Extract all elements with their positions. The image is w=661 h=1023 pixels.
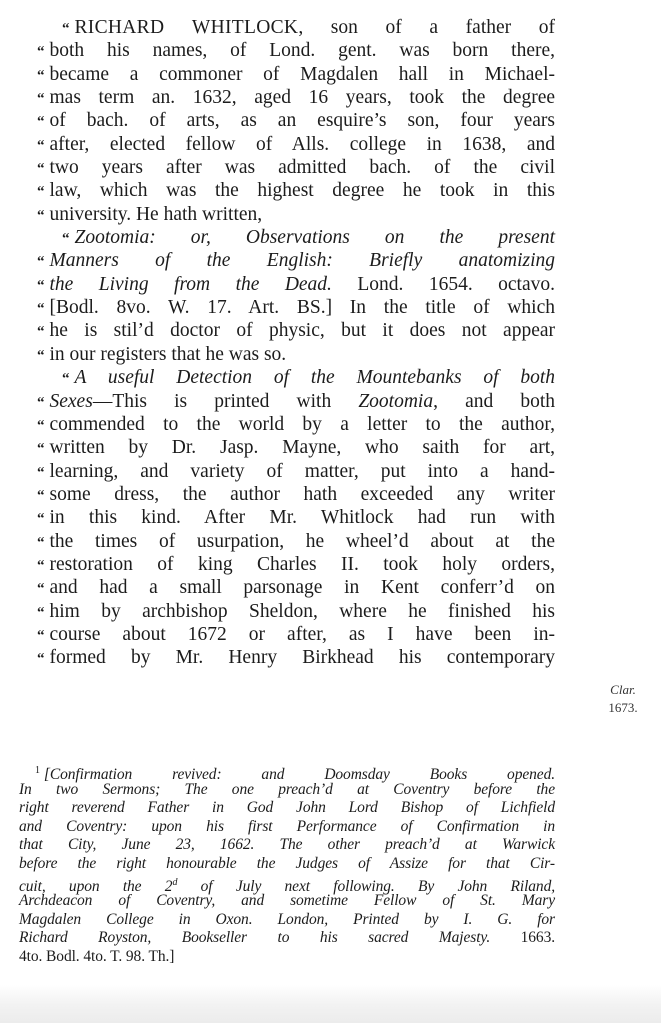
text-line: “commended to the world by a letter to t… — [37, 413, 555, 436]
text-span: university. He hath written, — [50, 204, 263, 225]
line-text: course about 1672 or after, as I have be… — [50, 623, 556, 646]
italic-text: A useful Detection of the Mountebanks of… — [75, 367, 556, 388]
text-span: in our registers that he was so. — [50, 344, 287, 365]
line-text: and had a small parsonage in Kent confer… — [50, 576, 556, 599]
footnote-marker: 1 — [35, 765, 40, 776]
line-text: in our registers that he was so. — [50, 343, 556, 366]
text-line: “and had a small parsonage in Kent confe… — [37, 576, 555, 599]
footnote-text: right reverend Father in God John Lord B… — [19, 799, 555, 816]
quote-mark: “ — [37, 205, 45, 228]
quote-mark: “ — [37, 111, 45, 134]
quote-mark: “ — [37, 648, 45, 671]
italic-text: Zootomia — [358, 391, 433, 412]
footnote-text: 4to. Bodl. 4to. T. 98. Th.] — [19, 948, 174, 965]
text-span: , and both — [433, 391, 555, 412]
italic-text: Manners of the English: Briefly anatomiz… — [50, 250, 556, 271]
text-span: some dress, the author hath exceeded any… — [50, 484, 556, 505]
text-line: “Manners of the English: Briefly anatomi… — [37, 249, 555, 272]
line-text: became a commoner of Magdalen hall in Mi… — [50, 63, 556, 86]
quote-mark: “ — [37, 415, 45, 438]
margin-note-year: 1673. — [598, 699, 648, 717]
text-span: and had a small parsonage in Kent confer… — [50, 577, 556, 598]
text-span: both his names, of Lond. gent. was born … — [50, 40, 556, 61]
line-text: him by archbishop Sheldon, where he fini… — [50, 600, 556, 623]
margin-note: Clar. 1673. — [598, 681, 648, 717]
quote-mark: “ — [37, 345, 45, 368]
italic-text: the Living from the Dead. — [50, 274, 332, 295]
text-line: “the times of usurpation, he wheel’d abo… — [37, 530, 555, 553]
text-span: became a commoner of Magdalen hall in Mi… — [50, 64, 556, 85]
quote-mark: “ — [37, 485, 45, 508]
text-line: “law, which was the highest degree he to… — [37, 179, 555, 202]
line-text: Zootomia: or, Observations on the presen… — [75, 226, 556, 249]
line-text: written by Dr. Jasp. Mayne, who saith fo… — [50, 436, 556, 459]
text-span: Lond. 1654. octavo. — [332, 274, 555, 295]
footnote-line: 4to. Bodl. 4to. T. 98. Th.] — [19, 948, 555, 967]
text-span: he is stil’d doctor of physic, but it do… — [50, 320, 556, 341]
quote-mark: “ — [37, 298, 45, 321]
text-span: [Bodl. 8vo. W. 17. Art. BS.] In the titl… — [50, 297, 556, 318]
footnote-text: Richard Royston, Bookseller to his sacre… — [19, 929, 490, 946]
line-text: Sexes—This is printed with Zootomia, and… — [50, 390, 556, 413]
text-line: “Sexes—This is printed with Zootomia, an… — [37, 390, 555, 413]
text-span: RICHARD WHITLOCK — [75, 17, 299, 38]
quote-mark: “ — [37, 275, 45, 298]
text-line: “some dress, the author hath exceeded an… — [37, 483, 555, 506]
footnote-line: right reverend Father in God John Lord B… — [19, 799, 555, 818]
text-span: in this kind. After Mr. Whitlock had run… — [50, 507, 556, 528]
footnote-text: and Coventry: upon his first Performance… — [19, 818, 555, 835]
footnote-block: 1[Confirmation revived: and Doomsday Boo… — [19, 762, 555, 967]
text-span: written by Dr. Jasp. Mayne, who saith fo… — [50, 437, 556, 458]
text-line: “university. He hath written, — [37, 203, 555, 226]
line-text: he is stil’d doctor of physic, but it do… — [50, 319, 556, 342]
line-text: law, which was the highest degree he too… — [50, 179, 556, 202]
text-span: learning, and variety of matter, put int… — [50, 461, 556, 482]
line-text: in this kind. After Mr. Whitlock had run… — [50, 506, 556, 529]
line-text: commended to the world by a letter to th… — [50, 413, 556, 436]
text-line: “[Bodl. 8vo. W. 17. Art. BS.] In the tit… — [37, 296, 555, 319]
text-line: “formed by Mr. Henry Birkhead his contem… — [37, 646, 555, 669]
quote-mark: “ — [37, 65, 45, 88]
text-span: —This is printed with — [93, 391, 359, 412]
footnote-text: 1663. — [490, 929, 555, 946]
text-span: after, elected fellow of Alls. college i… — [50, 134, 556, 155]
line-text: of bach. of arts, as an esquire’s son, f… — [50, 109, 556, 132]
line-text: mas term an. 1632, aged 16 years, took t… — [50, 86, 556, 109]
text-line: “A useful Detection of the Mountebanks o… — [37, 366, 555, 389]
quote-mark: “ — [37, 462, 45, 485]
text-line: “after, elected fellow of Alls. college … — [37, 133, 555, 156]
quote-mark: “ — [37, 251, 45, 274]
quote-mark: “ — [62, 368, 70, 391]
quote-mark: “ — [37, 578, 45, 601]
quote-mark: “ — [62, 228, 70, 251]
footnote-text: Magdalen College in Oxon. London, Printe… — [19, 911, 555, 928]
text-span: formed by Mr. Henry Birkhead his contemp… — [50, 647, 556, 668]
footnote-text: before the right honourable the Judges o… — [19, 855, 555, 872]
line-text: formed by Mr. Henry Birkhead his contemp… — [50, 646, 556, 669]
footnote-line: before the right honourable the Judges o… — [19, 855, 555, 874]
footnote-line: and Coventry: upon his first Performance… — [19, 818, 555, 837]
main-text-block: “RICHARD WHITLOCK, son of a father of“bo… — [37, 16, 555, 670]
text-line: “the Living from the Dead. Lond. 1654. o… — [37, 273, 555, 296]
quote-mark: “ — [37, 158, 45, 181]
text-line: “Zootomia: or, Observations on the prese… — [37, 226, 555, 249]
text-line: “RICHARD WHITLOCK, son of a father of — [37, 16, 555, 39]
quote-mark: “ — [37, 555, 45, 578]
text-span: two years after was admitted bach. of th… — [50, 157, 556, 178]
quote-mark: “ — [37, 438, 45, 461]
line-text: two years after was admitted bach. of th… — [50, 156, 556, 179]
text-line: “mas term an. 1632, aged 16 years, took … — [37, 86, 555, 109]
line-text: Manners of the English: Briefly anatomiz… — [50, 249, 556, 272]
footnote-text: that City, June 23, 1662. The other prea… — [19, 836, 555, 853]
text-line: “restoration of king Charles II. took ho… — [37, 553, 555, 576]
footnote-line: Richard Royston, Bookseller to his sacre… — [19, 929, 555, 948]
text-span: restoration of king Charles II. took hol… — [50, 554, 556, 575]
quote-mark: “ — [37, 392, 45, 415]
margin-note-clar: Clar. — [598, 681, 648, 699]
line-text: some dress, the author hath exceeded any… — [50, 483, 556, 506]
text-line: “in this kind. After Mr. Whitlock had ru… — [37, 506, 555, 529]
text-span: him by archbishop Sheldon, where he fini… — [50, 601, 556, 622]
text-line: “course about 1672 or after, as I have b… — [37, 623, 555, 646]
line-text: both his names, of Lond. gent. was born … — [50, 39, 556, 62]
text-span: the times of usurpation, he wheel’d abou… — [50, 531, 556, 552]
footnote-text: In two Sermons; The one preach’d at Cove… — [19, 781, 555, 798]
text-span: , son of a father of — [298, 17, 555, 38]
quote-mark: “ — [37, 41, 45, 64]
quote-mark: “ — [37, 532, 45, 555]
text-line: “him by archbishop Sheldon, where he fin… — [37, 600, 555, 623]
line-text: learning, and variety of matter, put int… — [50, 460, 556, 483]
text-line: “of bach. of arts, as an esquire’s son, … — [37, 109, 555, 132]
quote-mark: “ — [37, 321, 45, 344]
text-span: mas term an. 1632, aged 16 years, took t… — [50, 87, 556, 108]
footnote-line: that City, June 23, 1662. The other prea… — [19, 836, 555, 855]
line-text: after, elected fellow of Alls. college i… — [50, 133, 556, 156]
footnote-text: Archdeacon of Coventry, and sometime Fel… — [19, 892, 555, 909]
line-text: A useful Detection of the Mountebanks of… — [75, 366, 556, 389]
text-span: commended to the world by a letter to th… — [50, 414, 556, 435]
line-text: the times of usurpation, he wheel’d abou… — [50, 530, 556, 553]
text-line: “in our registers that he was so. — [37, 343, 555, 366]
quote-mark: “ — [37, 88, 45, 111]
italic-text: Sexes — [50, 391, 93, 412]
line-text: RICHARD WHITLOCK, son of a father of — [75, 16, 556, 39]
quote-mark: “ — [37, 602, 45, 625]
text-line: “became a commoner of Magdalen hall in M… — [37, 63, 555, 86]
footnote-line: In two Sermons; The one preach’d at Cove… — [19, 781, 555, 800]
footnote-line: Archdeacon of Coventry, and sometime Fel… — [19, 892, 555, 911]
text-span: law, which was the highest degree he too… — [50, 180, 556, 201]
line-text: the Living from the Dead. Lond. 1654. oc… — [50, 273, 556, 296]
line-text: restoration of king Charles II. took hol… — [50, 553, 556, 576]
italic-text: Zootomia: or, Observations on the presen… — [75, 227, 556, 248]
text-span: of bach. of arts, as an esquire’s son, f… — [50, 110, 556, 131]
quote-mark: “ — [37, 625, 45, 648]
footnote-line: 1[Confirmation revived: and Doomsday Boo… — [19, 762, 555, 781]
text-line: “learning, and variety of matter, put in… — [37, 460, 555, 483]
quote-mark: “ — [62, 18, 70, 41]
text-line: “he is stil’d doctor of physic, but it d… — [37, 319, 555, 342]
book-page: “RICHARD WHITLOCK, son of a father of“bo… — [0, 0, 661, 1023]
footnote-line: cuit, upon the 2d of July next following… — [19, 874, 555, 893]
line-text: university. He hath written, — [50, 203, 556, 226]
text-line: “both his names, of Lond. gent. was born… — [37, 39, 555, 62]
quote-mark: “ — [37, 181, 45, 204]
quote-mark: “ — [37, 508, 45, 531]
text-line: “two years after was admitted bach. of t… — [37, 156, 555, 179]
text-span: course about 1672 or after, as I have be… — [50, 624, 556, 645]
quote-mark: “ — [37, 135, 45, 158]
line-text: [Bodl. 8vo. W. 17. Art. BS.] In the titl… — [50, 296, 556, 319]
text-line: “written by Dr. Jasp. Mayne, who saith f… — [37, 436, 555, 459]
footnote-line: Magdalen College in Oxon. London, Printe… — [19, 911, 555, 930]
